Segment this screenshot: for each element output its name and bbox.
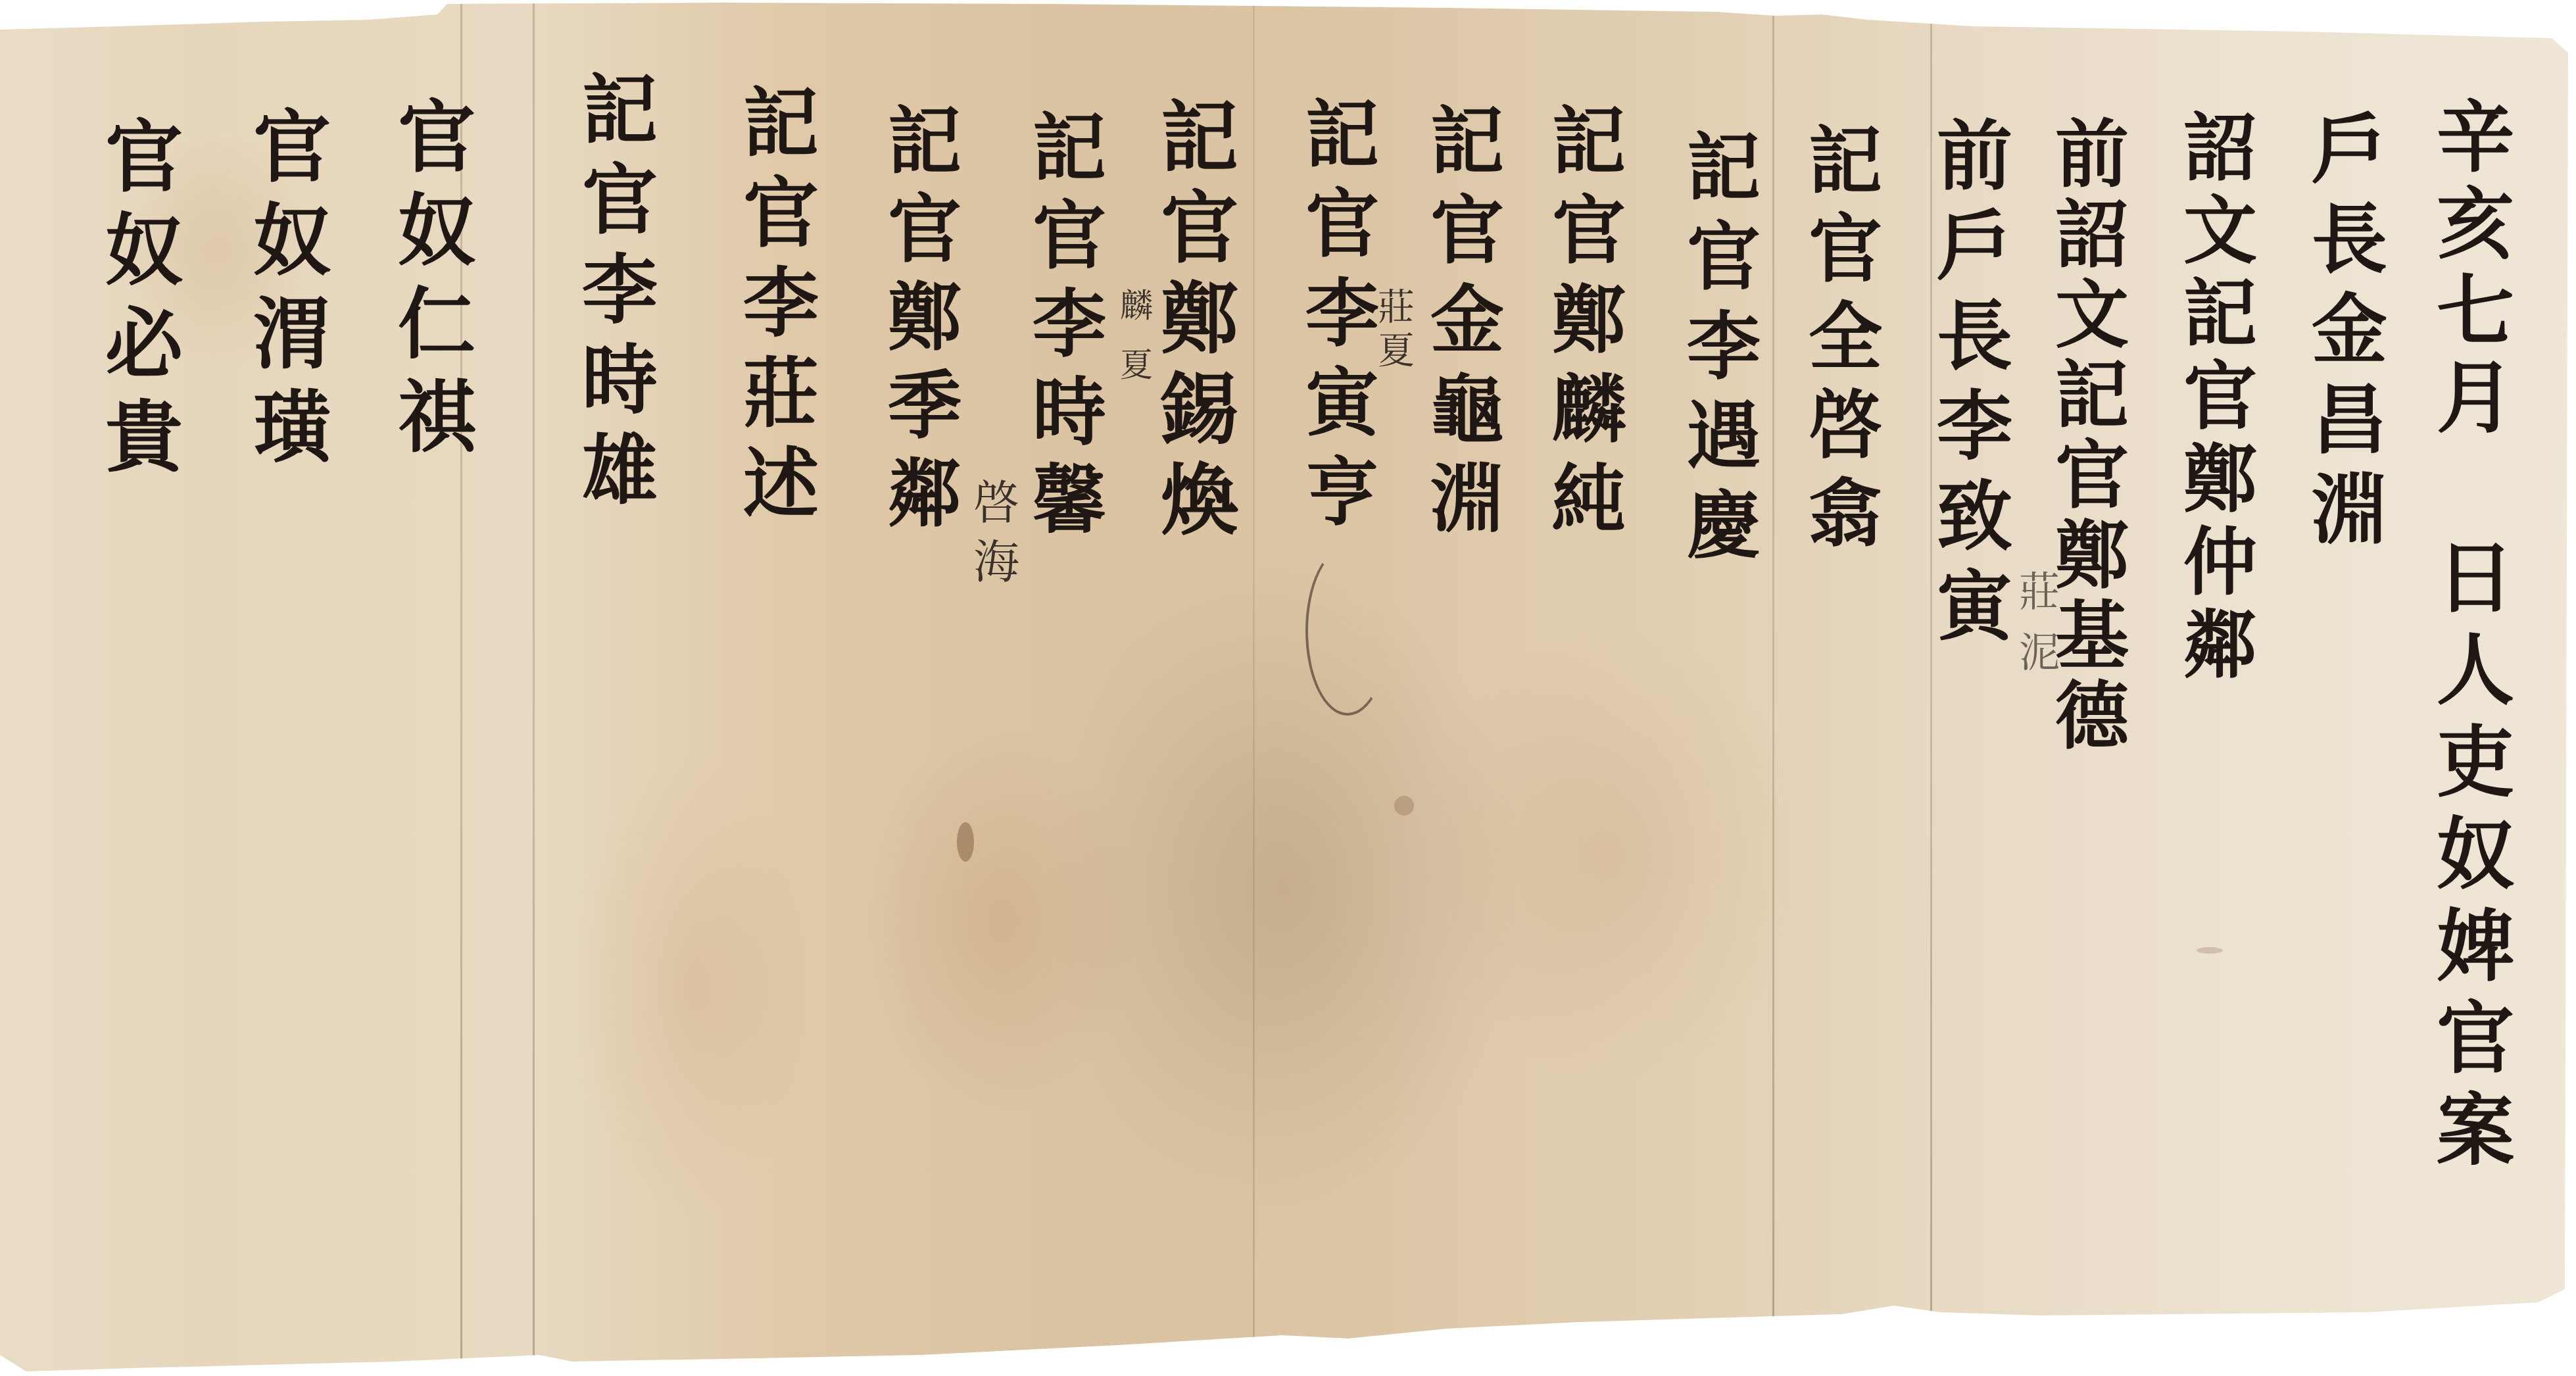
glyph: 記: [1430, 105, 1504, 179]
entry-text: 詔文記官鄭仲鄰: [2183, 112, 2257, 692]
glyph: 李: [1033, 288, 1106, 362]
glyph: 莊: [743, 356, 819, 431]
stain-spot: [2197, 947, 2223, 954]
glyph: 官: [2183, 360, 2257, 434]
glyph: 日: [2437, 539, 2514, 617]
glyph: 祺: [398, 379, 475, 456]
glyph: 記: [1161, 99, 1238, 176]
glyph: 詔: [2183, 112, 2257, 185]
glyph: 煥: [1161, 462, 1238, 539]
entry-text: 記官金龜淵: [1430, 105, 1504, 553]
glyph: 奴: [2437, 816, 2514, 893]
glyph: 亥: [2437, 185, 2514, 263]
glyph: 時: [582, 343, 658, 418]
glyph: 記: [1305, 99, 1379, 172]
glyph: 戶: [1937, 209, 2012, 284]
glyph: 鄭: [1161, 280, 1238, 358]
glyph: 記: [1552, 105, 1626, 179]
glyph: 海: [973, 539, 1019, 585]
glyph: 時: [1033, 376, 1106, 450]
glyph: 仁: [398, 285, 475, 363]
glyph: 官: [1552, 195, 1626, 268]
glyph: 金: [1430, 284, 1504, 358]
glyph: 官: [1430, 195, 1504, 268]
glyph: 官: [582, 162, 658, 238]
entry-text: 前戶長李致寅: [1937, 118, 2012, 659]
annotation-note: 莊泥: [2019, 572, 2060, 693]
glyph: 官: [2055, 439, 2129, 513]
glyph: 官: [398, 99, 475, 176]
glyph: 遇: [1687, 400, 1761, 474]
glyph: 龜: [1430, 374, 1504, 447]
glyph: 官: [2437, 1000, 2514, 1077]
title-label: 日人吏奴婢官案: [2437, 539, 2514, 1184]
glyph: 啓: [973, 480, 1019, 526]
glyph: 莊: [1378, 289, 1415, 326]
annotation-note: 麟夏: [1120, 289, 1153, 408]
glyph: 鄰: [2183, 609, 2257, 683]
glyph: 記: [2183, 278, 2257, 351]
glyph: 鄭: [2055, 520, 2129, 593]
glyph: 月: [2437, 359, 2514, 437]
glyph: 夏: [1378, 333, 1415, 370]
glyph: 寅: [1305, 367, 1379, 441]
glyph: 鄭: [2183, 443, 2257, 517]
glyph: 德: [2055, 680, 2129, 754]
glyph: 莊: [2019, 572, 2060, 613]
glyph: 文: [2183, 195, 2257, 268]
glyph: 戶: [2312, 112, 2387, 187]
glyph: 麟: [1120, 289, 1153, 322]
column-entry: 官奴渭璜: [253, 109, 331, 482]
circle-mark: [1305, 546, 1390, 716]
glyph: 鄭: [888, 282, 961, 355]
document-paper: 辛亥七月 日人吏奴婢官案 戶長金昌淵 詔文記官鄭仲鄰 前詔文記官鄭基德 前戶長李…: [0, 0, 2576, 1376]
glyph: 寅: [1937, 569, 2012, 645]
glyph: 奴: [398, 192, 475, 270]
column-entry: 記官李莊述: [743, 86, 819, 536]
glyph: 李: [1687, 310, 1761, 384]
glyph: 吏: [2437, 724, 2514, 801]
stain-spot: [1394, 796, 1414, 816]
entry-text: 官奴仁祺: [398, 99, 475, 472]
glyph: 李: [743, 266, 819, 341]
paper-seam: [1930, 0, 1932, 1376]
glyph: 全: [1809, 301, 1882, 375]
entry-text: 記官全啓翕: [1809, 125, 1882, 566]
column-entry: 記官鄭錫煥: [1161, 99, 1238, 553]
column-entry: 前戶長李致寅: [1937, 118, 2012, 659]
paper-seam: [533, 0, 535, 1376]
column-entry: 記官金龜淵: [1430, 105, 1504, 553]
glyph: 官: [1809, 213, 1882, 287]
entry-text: 記官李寅亨: [1305, 99, 1379, 546]
glyph: 官: [253, 109, 331, 186]
glyph: 官: [1161, 189, 1238, 267]
glyph: 前: [2055, 118, 2129, 192]
glyph: 官: [888, 193, 961, 267]
entry-text: 記官李時雄: [582, 72, 658, 523]
glyph: 季: [888, 370, 961, 443]
glyph: 錫: [1161, 371, 1238, 449]
glyph: 李: [582, 253, 658, 328]
annotation-text: 莊夏: [1378, 289, 1415, 376]
column-title: 辛亥七月: [2437, 99, 2514, 446]
glyph: 貴: [105, 399, 183, 476]
paper-fold: [1253, 0, 1255, 1376]
glyph: 翕: [1809, 478, 1882, 551]
entry-text: 前詔文記官鄭基德: [2055, 118, 2129, 760]
annotation-text: 莊泥: [2019, 572, 2060, 693]
annotation-note: 莊夏: [1378, 289, 1415, 376]
glyph: 案: [2437, 1092, 2514, 1169]
entry-text: 記官鄭季鄰: [888, 105, 961, 546]
glyph: 馨: [1033, 464, 1106, 538]
column-entry: 官奴仁祺: [398, 99, 475, 472]
entry-text: 記官李時馨: [1033, 112, 1106, 553]
entry-text: 記官李莊述: [743, 86, 819, 536]
glyph: 昌: [2312, 382, 2387, 458]
glyph: 夏: [1120, 349, 1153, 381]
entry-text: 官奴渭璜: [253, 109, 331, 482]
glyph: 官: [105, 118, 183, 196]
glyph: 純: [1552, 463, 1626, 537]
glyph: 慶: [1687, 489, 1761, 563]
glyph: 麟: [1552, 374, 1626, 447]
glyph: 必: [105, 305, 183, 383]
annotation-text: 麟夏: [1120, 289, 1153, 408]
entry-text: 記官李遇慶: [1687, 132, 1761, 579]
column-entry: 官奴必貴: [105, 118, 183, 492]
glyph: 人: [2437, 631, 2514, 709]
column-entry: 前詔文記官鄭基德: [2055, 118, 2129, 760]
glyph: 基: [2055, 600, 2129, 674]
glyph: 啓: [1809, 389, 1882, 463]
glyph: 記: [2055, 359, 2129, 433]
column-entry: 記官鄭麟純: [1552, 105, 1626, 553]
column-entry: 記官李時馨: [1033, 112, 1106, 553]
glyph: 詔: [2055, 199, 2129, 272]
glyph: 淵: [1430, 463, 1504, 537]
glyph: 記: [888, 105, 961, 179]
glyph: 淵: [2312, 472, 2387, 548]
glyph: 亨: [1305, 456, 1379, 530]
glyph: 記: [1809, 125, 1882, 199]
glyph: 仲: [2183, 526, 2257, 600]
annotation-note: 啓海: [973, 480, 1019, 599]
glyph: 鄰: [888, 458, 961, 531]
glyph: 渭: [253, 295, 331, 373]
column-entry: 記官李時雄: [582, 72, 658, 523]
glyph: 記: [582, 72, 658, 148]
glyph: 長: [2312, 202, 2387, 278]
entry-text: 記官鄭錫煥: [1161, 99, 1238, 553]
glyph: 奴: [105, 212, 183, 289]
entry-text: 官奴必貴: [105, 118, 183, 492]
glyph: 述: [743, 446, 819, 522]
column-entry: 記官全啓翕: [1809, 125, 1882, 566]
column-title-2: 日人吏奴婢官案: [2437, 539, 2514, 1184]
glyph: 官: [1687, 221, 1761, 295]
stain-spot: [957, 822, 974, 862]
column-entry: 詔文記官鄭仲鄰: [2183, 112, 2257, 692]
glyph: 璜: [253, 389, 331, 466]
glyph: 婢: [2437, 908, 2514, 985]
annotation-text: 啓海: [973, 480, 1019, 599]
glyph: 李: [1305, 278, 1379, 351]
column-entry: 記官鄭季鄰: [888, 105, 961, 546]
glyph: 前: [1937, 118, 2012, 194]
glyph: 金: [2312, 292, 2387, 368]
glyph: 奴: [253, 202, 331, 280]
column-entry: 記官李遇慶: [1687, 132, 1761, 579]
paper-seam: [1772, 0, 1774, 1376]
glyph: 官: [1305, 188, 1379, 262]
glyph: 李: [1937, 389, 2012, 464]
glyph: 文: [2055, 279, 2129, 353]
entry-text: 戶長金昌淵: [2312, 112, 2387, 562]
glyph: 記: [1687, 132, 1761, 205]
entry-text: 記官鄭麟純: [1552, 105, 1626, 553]
glyph: 官: [1033, 200, 1106, 274]
column-entry: 戶長金昌淵: [2312, 112, 2387, 562]
title-date: 辛亥七月: [2437, 99, 2514, 446]
glyph: 記: [743, 86, 819, 161]
glyph: 致: [1937, 479, 2012, 554]
glyph: 鄭: [1552, 284, 1626, 358]
glyph: 辛: [2437, 99, 2514, 176]
glyph: 長: [1937, 299, 2012, 374]
glyph: 七: [2437, 272, 2514, 350]
glyph: 雄: [582, 433, 658, 508]
glyph: 官: [743, 176, 819, 251]
glyph: 泥: [2019, 633, 2060, 674]
column-entry: 記官李寅亨: [1305, 99, 1379, 546]
glyph: 記: [1033, 112, 1106, 185]
